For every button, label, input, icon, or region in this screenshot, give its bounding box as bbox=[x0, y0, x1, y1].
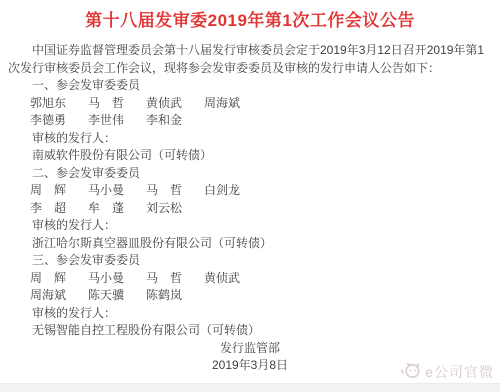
member-name: 牟 蓬 bbox=[88, 200, 146, 218]
section-3-heading: 三、参会发审委委员 bbox=[8, 252, 492, 270]
section-2-members-row-1: 周 辉 马小曼 马 哲 白剑龙 bbox=[8, 182, 492, 200]
member-name: 陈鹤岚 bbox=[146, 287, 182, 305]
announcement-document: 第十八届发审委2019年第1次工作会议公告 中国证券监督管理委员会第十八届发行审… bbox=[0, 0, 500, 375]
announcement-body: 中国证券监督管理委员会第十八届发行审核委员会定于2019年3月12日召开2019… bbox=[8, 42, 492, 375]
section-2-issuer-label: 审核的发行人： bbox=[8, 217, 492, 235]
member-name: 李 超 bbox=[30, 200, 88, 218]
member-name: 白剑龙 bbox=[204, 182, 240, 200]
member-name: 周海斌 bbox=[30, 287, 88, 305]
signature-department: 发行监管部 bbox=[8, 340, 492, 358]
section-3-issuer-name: 无锡智能自控工程股份有限公司（可转债） bbox=[8, 322, 492, 340]
page-title: 第十八届发审委2019年第1次工作会议公告 bbox=[8, 10, 492, 32]
member-name: 马小曼 bbox=[88, 182, 146, 200]
member-name: 郭旭东 bbox=[30, 95, 88, 113]
page-bottom-strip bbox=[0, 383, 500, 392]
member-name: 马 哲 bbox=[146, 270, 204, 288]
mascot-icon bbox=[400, 361, 422, 382]
section-2-heading: 二、参会发审委委员 bbox=[8, 165, 492, 183]
member-name: 李德勇 bbox=[30, 112, 88, 130]
member-name: 马小曼 bbox=[88, 270, 146, 288]
member-name: 刘云松 bbox=[146, 200, 182, 218]
member-name: 黄侦武 bbox=[204, 270, 240, 288]
section-2-issuer-name: 浙江哈尔斯真空器皿股份有限公司（可转债） bbox=[8, 235, 492, 253]
section-1-issuer-label: 审核的发行人： bbox=[8, 130, 492, 148]
section-3-issuer-label: 审核的发行人： bbox=[8, 305, 492, 323]
section-3-members-row-1: 周 辉 马小曼 马 哲 黄侦武 bbox=[8, 270, 492, 288]
intro-paragraph: 中国证券监督管理委员会第十八届发行审核委员会定于2019年3月12日召开2019… bbox=[8, 42, 492, 77]
section-1-heading: 一、参会发审委委员 bbox=[8, 77, 492, 95]
watermark-logo: e公司官微 bbox=[400, 361, 494, 382]
member-name: 周 辉 bbox=[30, 182, 88, 200]
section-2-members-row-2: 李 超 牟 蓬 刘云松 bbox=[8, 200, 492, 218]
member-name: 周 辉 bbox=[30, 270, 88, 288]
watermark-label: e公司官微 bbox=[425, 362, 494, 382]
member-name: 周海斌 bbox=[204, 95, 240, 113]
section-1-members-row-1: 郭旭东 马 哲 黄侦武 周海斌 bbox=[8, 95, 492, 113]
section-3-members-row-2: 周海斌 陈天骥 陈鹤岚 bbox=[8, 287, 492, 305]
member-name: 马 哲 bbox=[88, 95, 146, 113]
member-name: 马 哲 bbox=[146, 182, 204, 200]
section-1-members-row-2: 李德勇 李世伟 李和金 bbox=[8, 112, 492, 130]
member-name: 李和金 bbox=[146, 112, 182, 130]
member-name: 黄侦武 bbox=[146, 95, 204, 113]
section-1-issuer-name: 南威软件股份有限公司（可转债） bbox=[8, 147, 492, 165]
member-name: 李世伟 bbox=[88, 112, 146, 130]
member-name: 陈天骥 bbox=[88, 287, 146, 305]
